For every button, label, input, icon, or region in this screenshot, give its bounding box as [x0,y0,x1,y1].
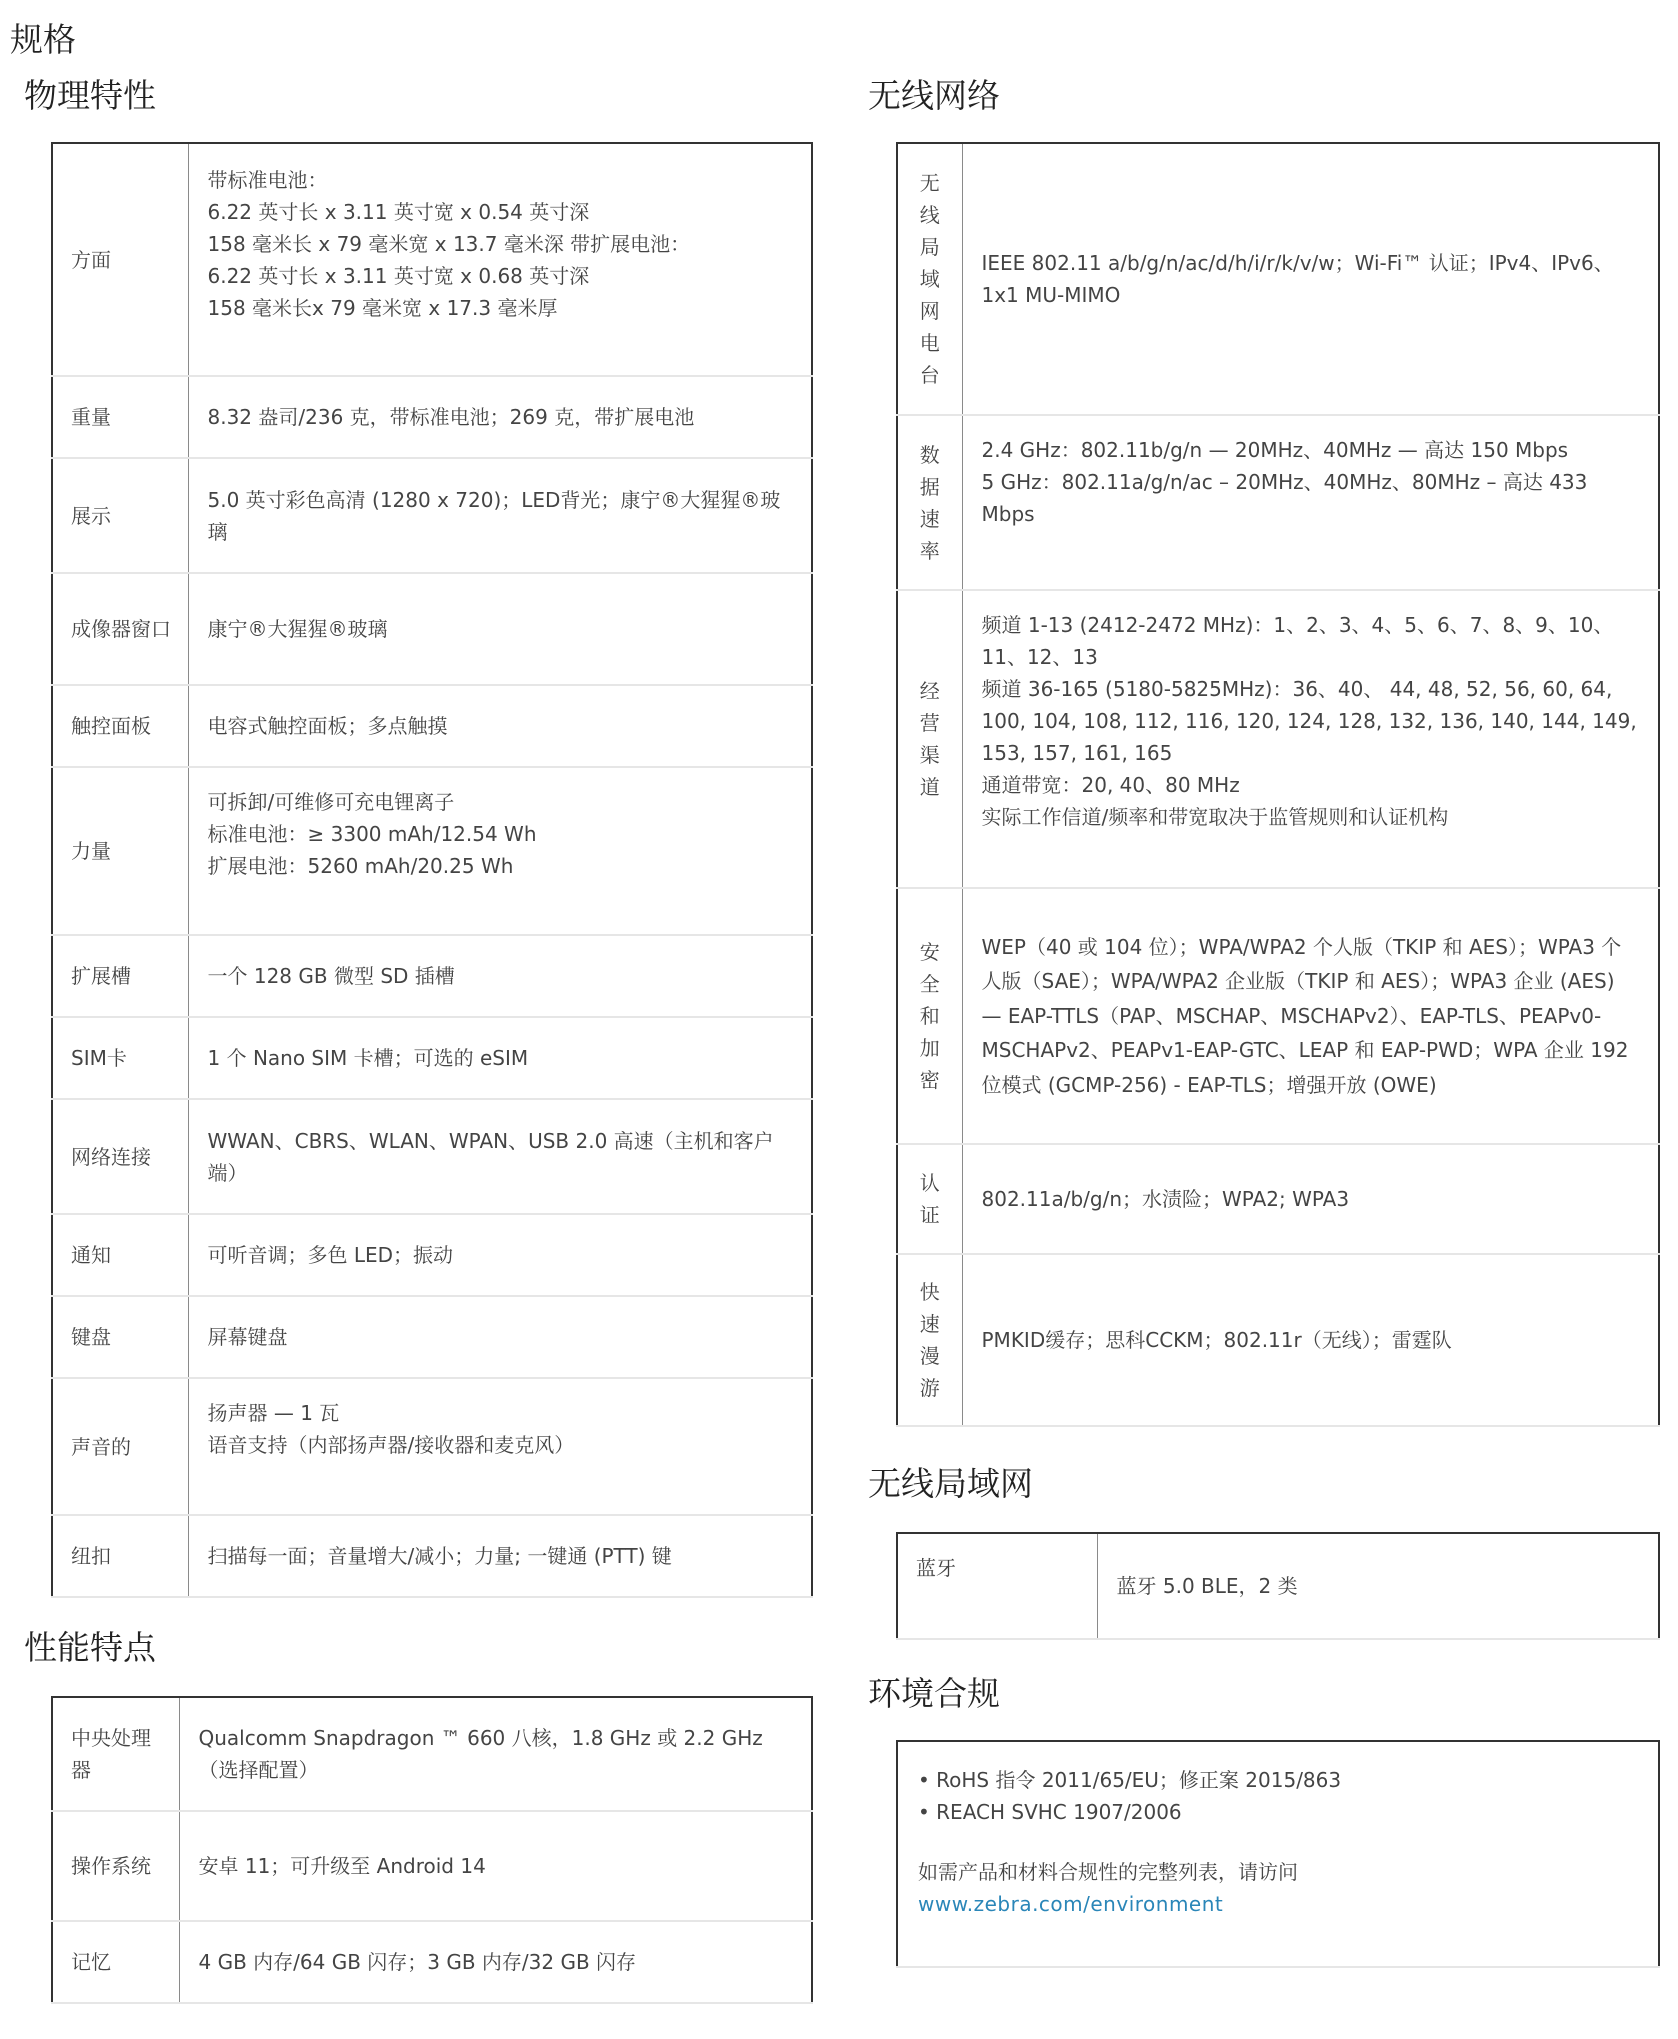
section-title-environment: 环境合规 [868,1668,1000,1715]
spec-line: 可拆卸/可维修可充电锂离子 [208,786,794,818]
spec-line: 2.4 GHz：802.11b/g/n — 20MHz、40MHz — 高达 1… [982,434,1641,466]
section-title-wpan: 无线局域网 [868,1458,1033,1505]
compliance-note: 如需产品和材料合规性的完整列表，请访问 [918,1856,1640,1888]
table-row: 声音的 扬声器 — 1 瓦 语音支持（内部扬声器/接收器和麦克风） [52,1378,812,1515]
table-row: 展示 5.0 英寸彩色高清 (1280 x 720)；LED背光；康宁®大猩猩®… [52,458,812,573]
spec-label: 键盘 [52,1296,188,1378]
spec-label: 数据速率 [897,415,962,590]
wireless-spec-table: 无线局域网电台 IEEE 802.11 a/b/g/n/ac/d/h/i/r/k… [896,142,1660,1427]
section-title-performance: 性能特点 [24,1622,156,1669]
spec-value: 康宁®大猩猩®玻璃 [188,573,812,685]
spec-label: 快速漫游 [897,1254,962,1426]
spec-value: 安卓 11；可升级至 Android 14 [179,1811,812,1921]
spec-label: 蓝牙 [897,1533,1097,1639]
table-row: 重量 8.32 盎司/236 克，带标准电池；269 克，带扩展电池 [52,376,812,458]
section-title-wireless: 无线网络 [868,70,1000,117]
spec-value: 802.11a/b/g/n；水渍险；WPA2; WPA3 [962,1144,1659,1254]
table-row: 触控面板 电容式触控面板；多点触摸 [52,685,812,767]
spec-value: 可听音调；多色 LED；振动 [188,1214,812,1296]
table-row: 无线局域网电台 IEEE 802.11 a/b/g/n/ac/d/h/i/r/k… [897,143,1659,415]
spec-line: 158 毫米长x 79 毫米宽 x 17.3 毫米厚 [208,292,794,324]
spec-line: 6.22 英寸长 x 3.11 英寸宽 x 0.54 英寸深 [208,196,794,228]
spec-value: 4 GB 内存/64 GB 闪存；3 GB 内存/32 GB 闪存 [179,1921,812,2003]
spec-line: 158 毫米长 x 79 毫米宽 x 13.7 毫米深 带扩展电池： [208,228,794,260]
table-row: 中央处理器 Qualcomm Snapdragon ™ 660 八核，1.8 G… [52,1697,812,1811]
spec-value: 扫描每一面；音量增大/减小；力量; 一键通 (PTT) 键 [188,1515,812,1597]
spec-label: 重量 [52,376,188,458]
spec-line: 通道带宽：20, 40、80 MHz [982,769,1641,801]
spec-value: PMKID缓存；思科CCKM；802.11r（无线）；雷霆队 [962,1254,1659,1426]
environment-spec-table: • RoHS 指令 2011/65/EU；修正案 2015/863 • REAC… [896,1740,1660,1968]
section-title-physical: 物理特性 [24,70,156,117]
table-row: 方面 带标准电池： 6.22 英寸长 x 3.11 英寸宽 x 0.54 英寸深… [52,143,812,376]
spec-label: 操作系统 [52,1811,179,1921]
table-row: 操作系统 安卓 11；可升级至 Android 14 [52,1811,812,1921]
environment-content: • RoHS 指令 2011/65/EU；修正案 2015/863 • REAC… [897,1741,1659,1967]
table-row: 认证 802.11a/b/g/n；水渍险；WPA2; WPA3 [897,1144,1659,1254]
spec-line: 带标准电池： [208,164,794,196]
spec-line: 6.22 英寸长 x 3.11 英寸宽 x 0.68 英寸深 [208,260,794,292]
table-row: 记忆 4 GB 内存/64 GB 闪存；3 GB 内存/32 GB 闪存 [52,1921,812,2003]
spec-value: 屏幕键盘 [188,1296,812,1378]
table-row: 经营渠道 频道 1-13 (2412-2472 MHz)：1、2、3、4、5、6… [897,590,1659,888]
spec-label: 扩展槽 [52,935,188,1017]
spec-line: 扩展电池：5260 mAh/20.25 Wh [208,850,794,882]
spec-value: IEEE 802.11 a/b/g/n/ac/d/h/i/r/k/v/w；Wi-… [962,143,1659,415]
spec-line: 语音支持（内部扬声器/接收器和麦克风） [208,1429,794,1461]
spec-label: 力量 [52,767,188,935]
spec-line: 频道 36-165 (5180-5825MHz)：36、40、 44, 48, … [982,673,1641,769]
table-row: 蓝牙 蓝牙 5.0 BLE，2 类 [897,1533,1659,1639]
spec-value: Qualcomm Snapdragon ™ 660 八核，1.8 GHz 或 2… [179,1697,812,1811]
table-row: 键盘 屏幕键盘 [52,1296,812,1378]
spec-value: 频道 1-13 (2412-2472 MHz)：1、2、3、4、5、6、7、8、… [962,590,1659,888]
spec-label: 成像器窗口 [52,573,188,685]
spec-label: 声音的 [52,1378,188,1515]
spec-line: 5 GHz：802.11a/g/n/ac – 20MHz、40MHz、80MHz… [982,466,1641,530]
table-row: 快速漫游 PMKID缓存；思科CCKM；802.11r（无线）；雷霆队 [897,1254,1659,1426]
compliance-bullet: • REACH SVHC 1907/2006 [918,1796,1640,1828]
spec-line: 实际工作信道/频率和带宽取决于监管规则和认证机构 [982,801,1641,833]
spec-value: 5.0 英寸彩色高清 (1280 x 720)；LED背光；康宁®大猩猩®玻璃 [188,458,812,573]
table-row: 力量 可拆卸/可维修可充电锂离子 标准电池：≥ 3300 mAh/12.54 W… [52,767,812,935]
table-row: 扩展槽 一个 128 GB 微型 SD 插槽 [52,935,812,1017]
table-row: • RoHS 指令 2011/65/EU；修正案 2015/863 • REAC… [897,1741,1659,1967]
environment-link[interactable]: www.zebra.com/environment [918,1892,1223,1916]
physical-spec-table: 方面 带标准电池： 6.22 英寸长 x 3.11 英寸宽 x 0.54 英寸深… [51,142,813,1598]
spec-label: 网络连接 [52,1099,188,1214]
spec-label: 触控面板 [52,685,188,767]
spec-label: 方面 [52,143,188,376]
spec-value: 2.4 GHz：802.11b/g/n — 20MHz、40MHz — 高达 1… [962,415,1659,590]
spec-label: 安全和加密 [897,888,962,1144]
spec-label: 纽扣 [52,1515,188,1597]
spec-value: 1 个 Nano SIM 卡槽；可选的 eSIM [188,1017,812,1099]
spec-label: SIM卡 [52,1017,188,1099]
spec-value: WEP（40 或 104 位）；WPA/WPA2 个人版（TKIP 和 AES）… [962,888,1659,1144]
spec-line: 标准电池：≥ 3300 mAh/12.54 Wh [208,818,794,850]
spec-value: 扬声器 — 1 瓦 语音支持（内部扬声器/接收器和麦克风） [188,1378,812,1515]
performance-spec-table: 中央处理器 Qualcomm Snapdragon ™ 660 八核，1.8 G… [51,1696,813,2004]
spec-label: 中央处理器 [52,1697,179,1811]
spec-value: WWAN、CBRS、WLAN、WPAN、USB 2.0 高速（主机和客户端） [188,1099,812,1214]
table-row: 安全和加密 WEP（40 或 104 位）；WPA/WPA2 个人版（TKIP … [897,888,1659,1144]
spec-label: 展示 [52,458,188,573]
wpan-spec-table: 蓝牙 蓝牙 5.0 BLE，2 类 [896,1532,1660,1640]
spec-label: 通知 [52,1214,188,1296]
spec-value: 带标准电池： 6.22 英寸长 x 3.11 英寸宽 x 0.54 英寸深 15… [188,143,812,376]
spec-value: 蓝牙 5.0 BLE，2 类 [1097,1533,1659,1639]
table-row: 成像器窗口 康宁®大猩猩®玻璃 [52,573,812,685]
spec-value: 可拆卸/可维修可充电锂离子 标准电池：≥ 3300 mAh/12.54 Wh 扩… [188,767,812,935]
spec-label: 经营渠道 [897,590,962,888]
compliance-bullet: • RoHS 指令 2011/65/EU；修正案 2015/863 [918,1764,1640,1796]
spec-line: 频道 1-13 (2412-2472 MHz)：1、2、3、4、5、6、7、8、… [982,609,1641,673]
spec-value: 8.32 盎司/236 克，带标准电池；269 克，带扩展电池 [188,376,812,458]
spec-label: 无线局域网电台 [897,143,962,415]
page-title: 规格 [10,14,76,61]
spec-value: 一个 128 GB 微型 SD 插槽 [188,935,812,1017]
table-row: SIM卡 1 个 Nano SIM 卡槽；可选的 eSIM [52,1017,812,1099]
spec-line: 扬声器 — 1 瓦 [208,1397,794,1429]
table-row: 网络连接 WWAN、CBRS、WLAN、WPAN、USB 2.0 高速（主机和客… [52,1099,812,1214]
spec-label: 认证 [897,1144,962,1254]
table-row: 纽扣 扫描每一面；音量增大/减小；力量; 一键通 (PTT) 键 [52,1515,812,1597]
table-row: 通知 可听音调；多色 LED；振动 [52,1214,812,1296]
table-row: 数据速率 2.4 GHz：802.11b/g/n — 20MHz、40MHz —… [897,415,1659,590]
spec-value: 电容式触控面板；多点触摸 [188,685,812,767]
spec-label: 记忆 [52,1921,179,2003]
